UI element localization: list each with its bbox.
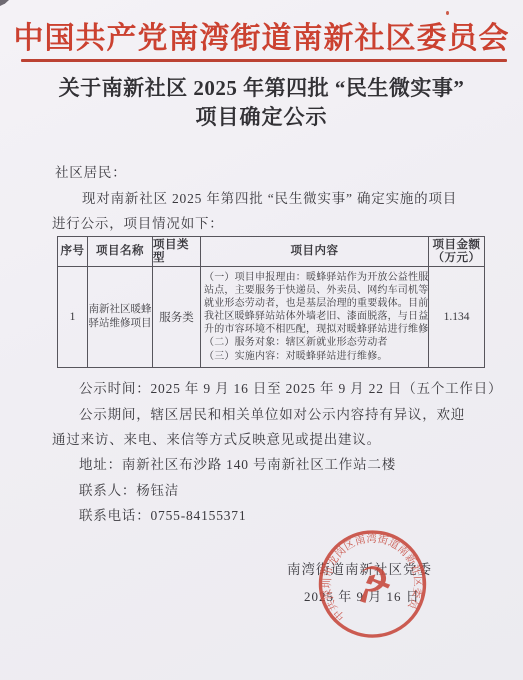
- row-cell-name: 南新社区暖蜂驿站维修项目: [88, 267, 153, 367]
- hammer-and-sickle-icon: ☭: [345, 552, 400, 616]
- content-line: （二）服务对象：辖区新就业形态劳动者: [204, 336, 388, 349]
- content-line: 升的市容环境不相匹配，现拟对暖蜂驿站进行维修。: [204, 323, 429, 336]
- row-cell-amount: 1.134: [429, 267, 484, 367]
- contact-line: 联系人：杨钰洁: [79, 479, 179, 499]
- col-header-type: 项目类型: [153, 237, 201, 267]
- publicity-period: 公示时间：2025 年 9 月 16 日至 2025 年 9 月 22 日（五个…: [79, 377, 502, 397]
- col-header-index: 序号: [58, 237, 88, 267]
- col-header-content: 项目内容: [201, 237, 429, 267]
- projects-table: 序号 项目名称 项目类型 项目内容 项目金额 （万元） 1 南新社区暖蜂驿站维修…: [57, 236, 485, 368]
- row-cell-index: 1: [58, 267, 88, 367]
- intro-line1: 现对南新社区 2025 年第四批 “民生微实事” 确定实施的项目: [82, 187, 457, 207]
- letterhead-rule: [21, 59, 507, 62]
- feedback-line1: 公示期间，辖区居民和相关单位如对公示内容持有异议，欢迎: [79, 403, 465, 423]
- row-cell-content: （一）项目申报理由：暖蜂驿站作为开放公益性服务 站点，主要服务于快递员、外卖员、…: [201, 267, 429, 367]
- letterhead-org-title: 中国共产党南湾街道南新社区委员会: [0, 13, 523, 57]
- content-line: （三）实施内容：对暖蜂驿站进行维修。: [204, 350, 388, 363]
- seal-graphic: 中共深圳市龙岗区南湾街道南新社区委员会 ☭: [301, 518, 444, 661]
- scan-artifact-corner: [0, 0, 9, 6]
- content-line: 站点，主要服务于快递员、外卖员、网约车司机等新: [204, 284, 429, 297]
- content-line: 我社区暖蜂驿站站体外墙老旧、漆面脱落，与日益提: [204, 310, 429, 323]
- col-header-amount: 项目金额 （万元）: [429, 237, 484, 267]
- doc-title-line2: 项目确定公示: [0, 101, 523, 131]
- content-line: 就业形态劳动者，也是基层治理的重要载体。目前，: [204, 297, 429, 310]
- salutation: 社区居民：: [55, 161, 127, 181]
- feedback-line2: 通过来访、来电、来信等方式反映意见或提出建议。: [52, 428, 381, 448]
- col-header-name: 项目名称: [88, 237, 153, 267]
- row-cell-type: 服务类: [153, 267, 201, 367]
- address-line: 地址：南新社区布沙路 140 号南新社区工作站二楼: [79, 453, 396, 473]
- intro-line2: 进行公示，项目情况如下：: [52, 212, 224, 232]
- content-line: （一）项目申报理由：暖蜂驿站作为开放公益性服务: [204, 271, 429, 284]
- phone-line: 联系电话：0755-84155371: [79, 504, 246, 524]
- doc-title-line1: 关于南新社区 2025 年第四批 “民生微实事”: [0, 72, 523, 102]
- scanned-notice-page: 中国共产党南湾街道南新社区委员会 关于南新社区 2025 年第四批 “民生微实事…: [0, 0, 523, 680]
- official-seal: 中共深圳市龙岗区南湾街道南新社区委员会 ☭: [301, 518, 444, 661]
